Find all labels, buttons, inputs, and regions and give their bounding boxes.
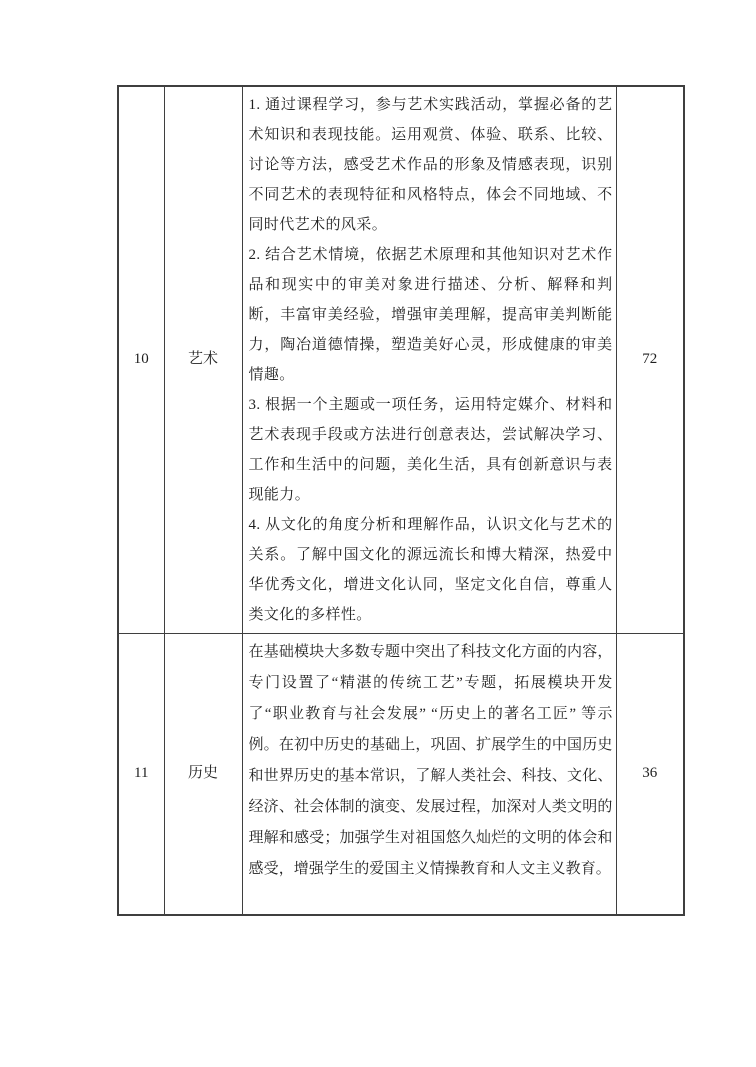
table-row-history: 11 历史 在基础模块大多数专题中突出了科技文化方面的内容，专门设置了“精湛的传…	[118, 634, 684, 915]
subject-label-art: 艺术	[164, 86, 242, 634]
hours-value-art: 72	[616, 86, 684, 634]
hours-value-history: 36	[616, 634, 684, 915]
subject-label-history: 历史	[164, 634, 242, 915]
description-paragraph: 2. 结合艺术情境，依据艺术原理和其他知识对艺术作品和现实中的审美对象进行描述、…	[249, 240, 613, 390]
curriculum-table: 10 艺术 1. 通过课程学习，参与艺术实践活动，掌握必备的艺术知识和表现技能。…	[117, 85, 685, 916]
description-paragraph: 在基础模块大多数专题中突出了科技文化方面的内容，专门设置了“精湛的传统工艺”专题…	[249, 637, 613, 885]
document-page: 10 艺术 1. 通过课程学习，参与艺术实践活动，掌握必备的艺术知识和表现技能。…	[0, 0, 756, 1067]
table-row-art: 10 艺术 1. 通过课程学习，参与艺术实践活动，掌握必备的艺术知识和表现技能。…	[118, 86, 684, 634]
row-number-history: 11	[118, 634, 164, 915]
description-cell-art: 1. 通过课程学习，参与艺术实践活动，掌握必备的艺术知识和表现技能。运用观赏、体…	[242, 86, 616, 634]
description-paragraph: 3. 根据一个主题或一项任务，运用特定媒介、材料和艺术表现手段或方法进行创意表达…	[249, 390, 613, 510]
row-number-art: 10	[118, 86, 164, 634]
description-paragraph: 4. 从文化的角度分析和理解作品，认识文化与艺术的关系。了解中国文化的源远流长和…	[249, 510, 613, 630]
description-paragraph: 1. 通过课程学习，参与艺术实践活动，掌握必备的艺术知识和表现技能。运用观赏、体…	[249, 90, 613, 240]
description-cell-history: 在基础模块大多数专题中突出了科技文化方面的内容，专门设置了“精湛的传统工艺”专题…	[242, 634, 616, 915]
